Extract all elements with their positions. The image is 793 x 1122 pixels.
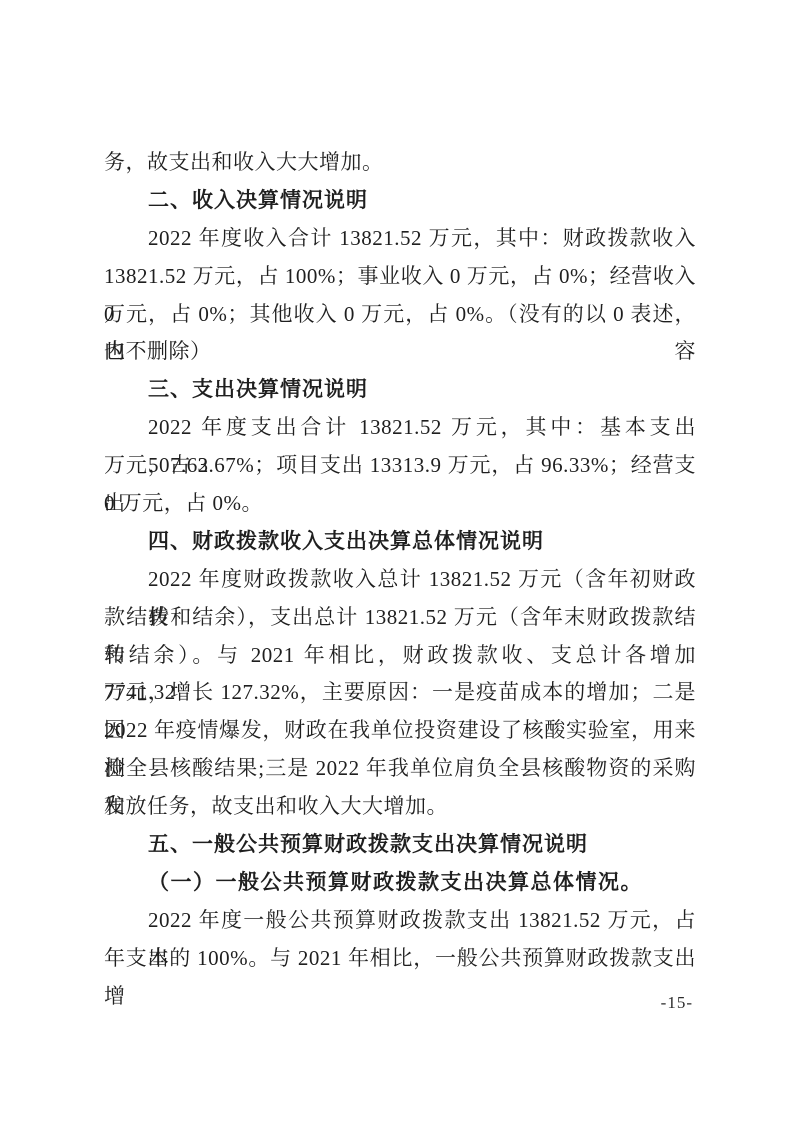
body-text-line: 2022 年度一般公共预算财政拨款支出 13821.52 万元，占本 [104,902,696,940]
body-text-line: 2022 年度支出合计 13821.52 万元，其中：基本支出 507.62 [104,409,696,447]
document-body: 务，故支出和收入大大增加。二、收入决算情况说明2022 年度收入合计 13821… [104,144,696,978]
body-text-line: 0 万元，占 0%。 [104,485,696,523]
body-text-line: 13821.52 万元，占 100%；事业收入 0 万元，占 0%；经营收入 0 [104,258,696,296]
body-text-line: 2022 年度收入合计 13821.52 万元，其中：财政拨款收入 [104,220,696,258]
body-text-line: 万元，增长 127.32%，主要原因：一是疫苗成本的增加；二是因 [104,674,696,712]
subsection-heading: （一）一般公共预算财政拨款支出决算总体情况。 [104,864,696,902]
body-text-line: 万元，占 0%；其他收入 0 万元，占 0%。（没有的以 0 表述，内容 [104,296,696,334]
section-heading: 四、财政拨款收入支出决算总体情况说明 [104,523,696,561]
body-text-line: 2022 年度财政拨款收入总计 13821.52 万元（含年初财政拨 [104,561,696,599]
body-text-line: 年支出的 100%。与 2021 年相比，一般公共预算财政拨款支出增 [104,940,696,978]
body-text-line: 和结余）。与 2021 年相比，财政拨款收、支总计各增加 7741.32 [104,637,696,675]
body-text-line: 测全县核酸结果;三是 2022 年我单位肩负全县核酸物资的采购和 [104,750,696,788]
document-page: 务，故支出和收入大大增加。二、收入决算情况说明2022 年度收入合计 13821… [0,0,793,1122]
section-heading: 五、一般公共预算财政拨款支出决算情况说明 [104,826,696,864]
section-heading: 二、收入决算情况说明 [104,182,696,220]
page-footer: -15- [661,993,693,1013]
body-text-line: 发放任务，故支出和收入大大增加。 [104,788,696,826]
body-text-line: 款结转和结余），支出总计 13821.52 万元（含年末财政拨款结转 [104,599,696,637]
page-number: -15- [661,993,693,1012]
section-heading: 三、支出决算情况说明 [104,371,696,409]
body-text-line: 万元，占 3.67%；项目支出 13313.9 万元，占 96.33%；经营支出 [104,447,696,485]
body-text-line: 2022 年疫情爆发，财政在我单位投资建设了核酸实验室，用来检 [104,712,696,750]
body-text-line: 务，故支出和收入大大增加。 [104,144,696,182]
